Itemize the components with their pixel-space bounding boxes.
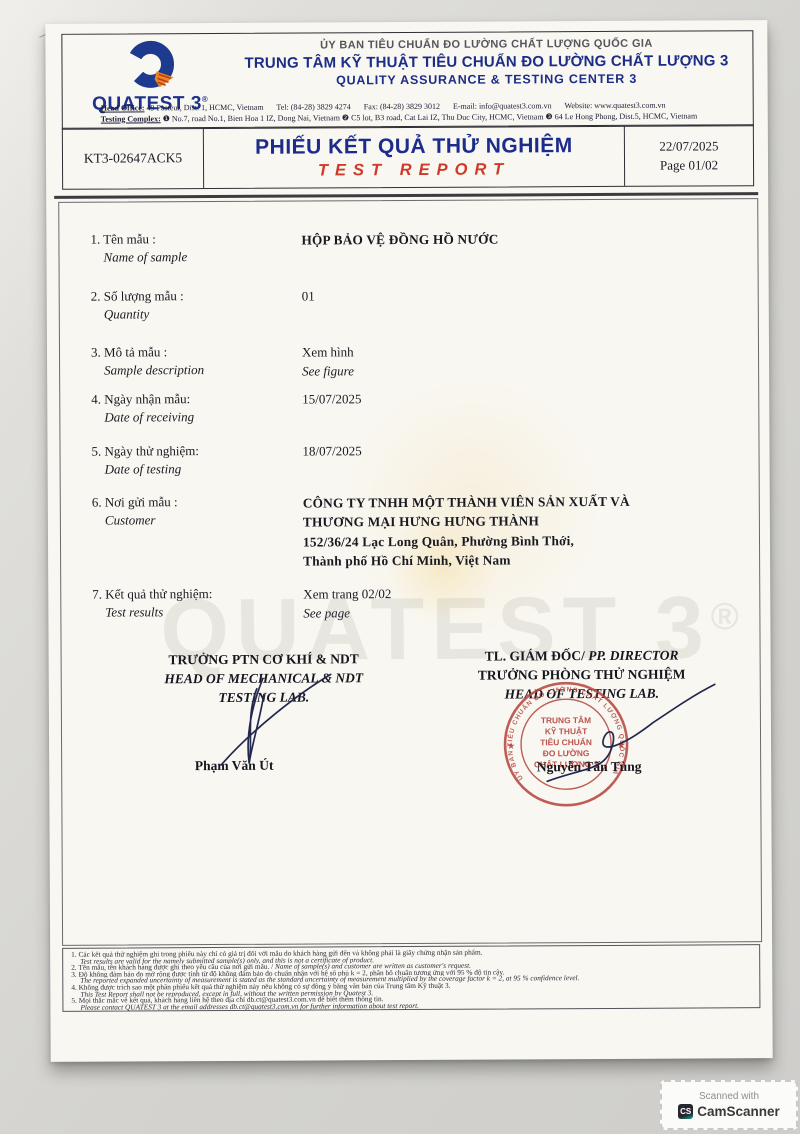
field-label-en: Date of receiving [91,409,302,426]
website-value: Website: www.quatest3.com.vn [564,101,665,111]
customer-line4: Thành phố Hồ Chí Minh, Việt Nam [303,549,746,571]
footer-notes: 1. Các kết quả thử nghiệm ghi trong phiế… [62,944,760,1012]
field-sample-description: 3. Mô tả mẫu : Sample description Xem hì… [91,341,745,382]
document-page: QUATEST 3® QUATEST 3® ỦY BAN TIÊU CHUẨN … [45,20,772,1062]
field-label: 1. Tên mẫu : Name of sample [90,231,301,266]
field-value: HỘP BẢO VỆ ĐỒNG HỒ NƯỚC [301,228,744,264]
field-label-vi: Nơi gửi mẫu : [105,494,178,509]
right-title-en-a: PP. DIRECTOR [588,648,678,663]
field-label-vi: Mô tả mẫu : [104,344,167,359]
field-label: 3. Mô tả mẫu : Sample description [91,344,302,383]
field-no: 3. [91,345,101,360]
field-no: 7. [92,587,102,602]
right-title-vi-a: TL. GIÁM ĐỐC/ [485,648,585,664]
title-block: KT3-02647ACK5 PHIẾU KẾT QUẢ THỬ NGHIỆM T… [62,124,754,190]
address-line2: Testing Complex: ❶ No.7, road No.1, Bien… [101,111,747,125]
field-label-vi: Số lượng mẫu : [104,288,184,303]
field-label-en: Customer [92,512,303,529]
field-label: 4. Ngày nhận mẫu: Date of receiving [91,391,302,426]
left-signature-ink [199,670,370,771]
org-titles: ỦY BAN TIÊU CHUẨN ĐO LƯỜNG CHẤT LƯỢNG QU… [224,37,748,88]
field-no: 5. [91,444,101,459]
field-label-vi: Ngày thử nghiệm: [104,443,198,458]
field-value-vi: Xem hình [302,341,745,362]
field-label-en: Sample description [91,362,302,379]
field-value: 01 [302,285,745,321]
customer-line1: CÔNG TY TNHH MỘT THÀNH VIÊN SẢN XUẤT VÀ [303,491,746,513]
field-value-en: See figure [302,360,745,381]
address-block: Head Office: 49 Pasteur, Dist. 1, HCMC, … [101,100,747,124]
camscanner-icon: CS [678,1104,693,1119]
customer-line2: THƯƠNG MẠI HƯNG HƯNG THÀNH [303,511,746,533]
field-value: CÔNG TY TNHH MỘT THÀNH VIÊN SẢN XUẤT VÀ … [303,491,746,570]
field-value: 15/07/2025 [302,388,745,424]
field-name-of-sample: 1. Tên mẫu : Name of sample HỘP BẢO VỆ Đ… [90,228,744,265]
org-line1: ỦY BAN TIÊU CHUẨN ĐO LƯỜNG CHẤT LƯỢNG QU… [224,37,748,52]
watermark-reg: ® [711,596,746,638]
stamp-star-icon: ★ [507,741,515,750]
field-value: 18/07/2025 [302,440,745,476]
quatest-q-icon [123,39,177,93]
report-date: 22/07/2025 [659,138,718,154]
camscanner-brand: CamScanner [697,1104,780,1119]
customer-line3: 152/36/24 Lạc Long Quân, Phường Bình Thớ… [303,530,746,552]
field-label: 5. Ngày thử nghiệm: Date of testing [91,443,302,478]
fax-value: Fax: (84-28) 3829 3012 [364,102,440,111]
field-label-vi: Ngày nhận mẫu: [104,391,190,406]
testing-complex-label: Testing Complex: [101,114,161,123]
org-line3: QUALITY ASSURANCE & TESTING CENTER 3 [225,71,749,88]
field-no: 4. [91,392,101,407]
field-label: 2. Số lượng mẫu : Quantity [91,288,302,323]
field-label-en: Date of testing [92,461,303,478]
email-value: E-mail: info@quatest3.com.vn [453,101,552,111]
field-quantity: 2. Số lượng mẫu : Quantity 01 [91,285,745,322]
left-title-vi: TRƯỞNG PTN CƠ KHÍ & NDT [109,650,419,671]
camscanner-line2: CS CamScanner [678,1104,780,1119]
camscanner-line1: Scanned with [699,1091,759,1102]
field-date-of-testing: 5. Ngày thử nghiệm: Date of testing 18/0… [91,440,745,477]
field-no: 1. [90,232,100,247]
field-label-en: Quantity [91,306,302,323]
letterhead: QUATEST 3® ỦY BAN TIÊU CHUẨN ĐO LƯỜNG CH… [61,30,753,130]
camscanner-badge: Scanned with CS CamScanner [660,1080,798,1130]
field-customer: 6. Nơi gửi mẫu : Customer CÔNG TY TNHH M… [92,491,746,571]
field-label: 6. Nơi gửi mẫu : Customer [92,494,303,572]
field-label-vi: Tên mẫu : [103,231,156,246]
org-line2: TRUNG TÂM KỸ THUẬT TIÊU CHUẨN ĐO LƯỜNG C… [224,52,748,72]
head-office-label: Head Office: [101,104,145,113]
field-no: 2. [91,289,101,304]
testing-complex-value: ❶ No.7, road No.1, Bien Hoa 1 IZ, Dong N… [163,111,698,123]
head-office-value: 49 Pasteur, Dist. 1, HCMC, Vietnam [146,103,263,113]
page-number: Page 01/02 [660,157,718,173]
right-signature-ink [519,680,730,796]
report-title-en: TEST REPORT [318,160,510,180]
field-date-of-receiving: 4. Ngày nhận mẫu: Date of receiving 15/0… [91,388,745,425]
field-no: 6. [92,495,102,510]
report-title: PHIẾU KẾT QUẢ THỬ NGHIỆM TEST REPORT [204,126,625,188]
report-title-vi: PHIẾU KẾT QUẢ THỬ NGHIỆM [255,134,573,160]
date-page-cell: 22/07/2025 Page 01/02 [625,125,753,186]
field-label-en: Name of sample [90,249,301,266]
tel-value: Tel: (84-28) 3829 4274 [276,103,350,112]
field-value: Xem hình See figure [302,341,745,381]
report-number: KT3-02647ACK5 [63,128,204,189]
